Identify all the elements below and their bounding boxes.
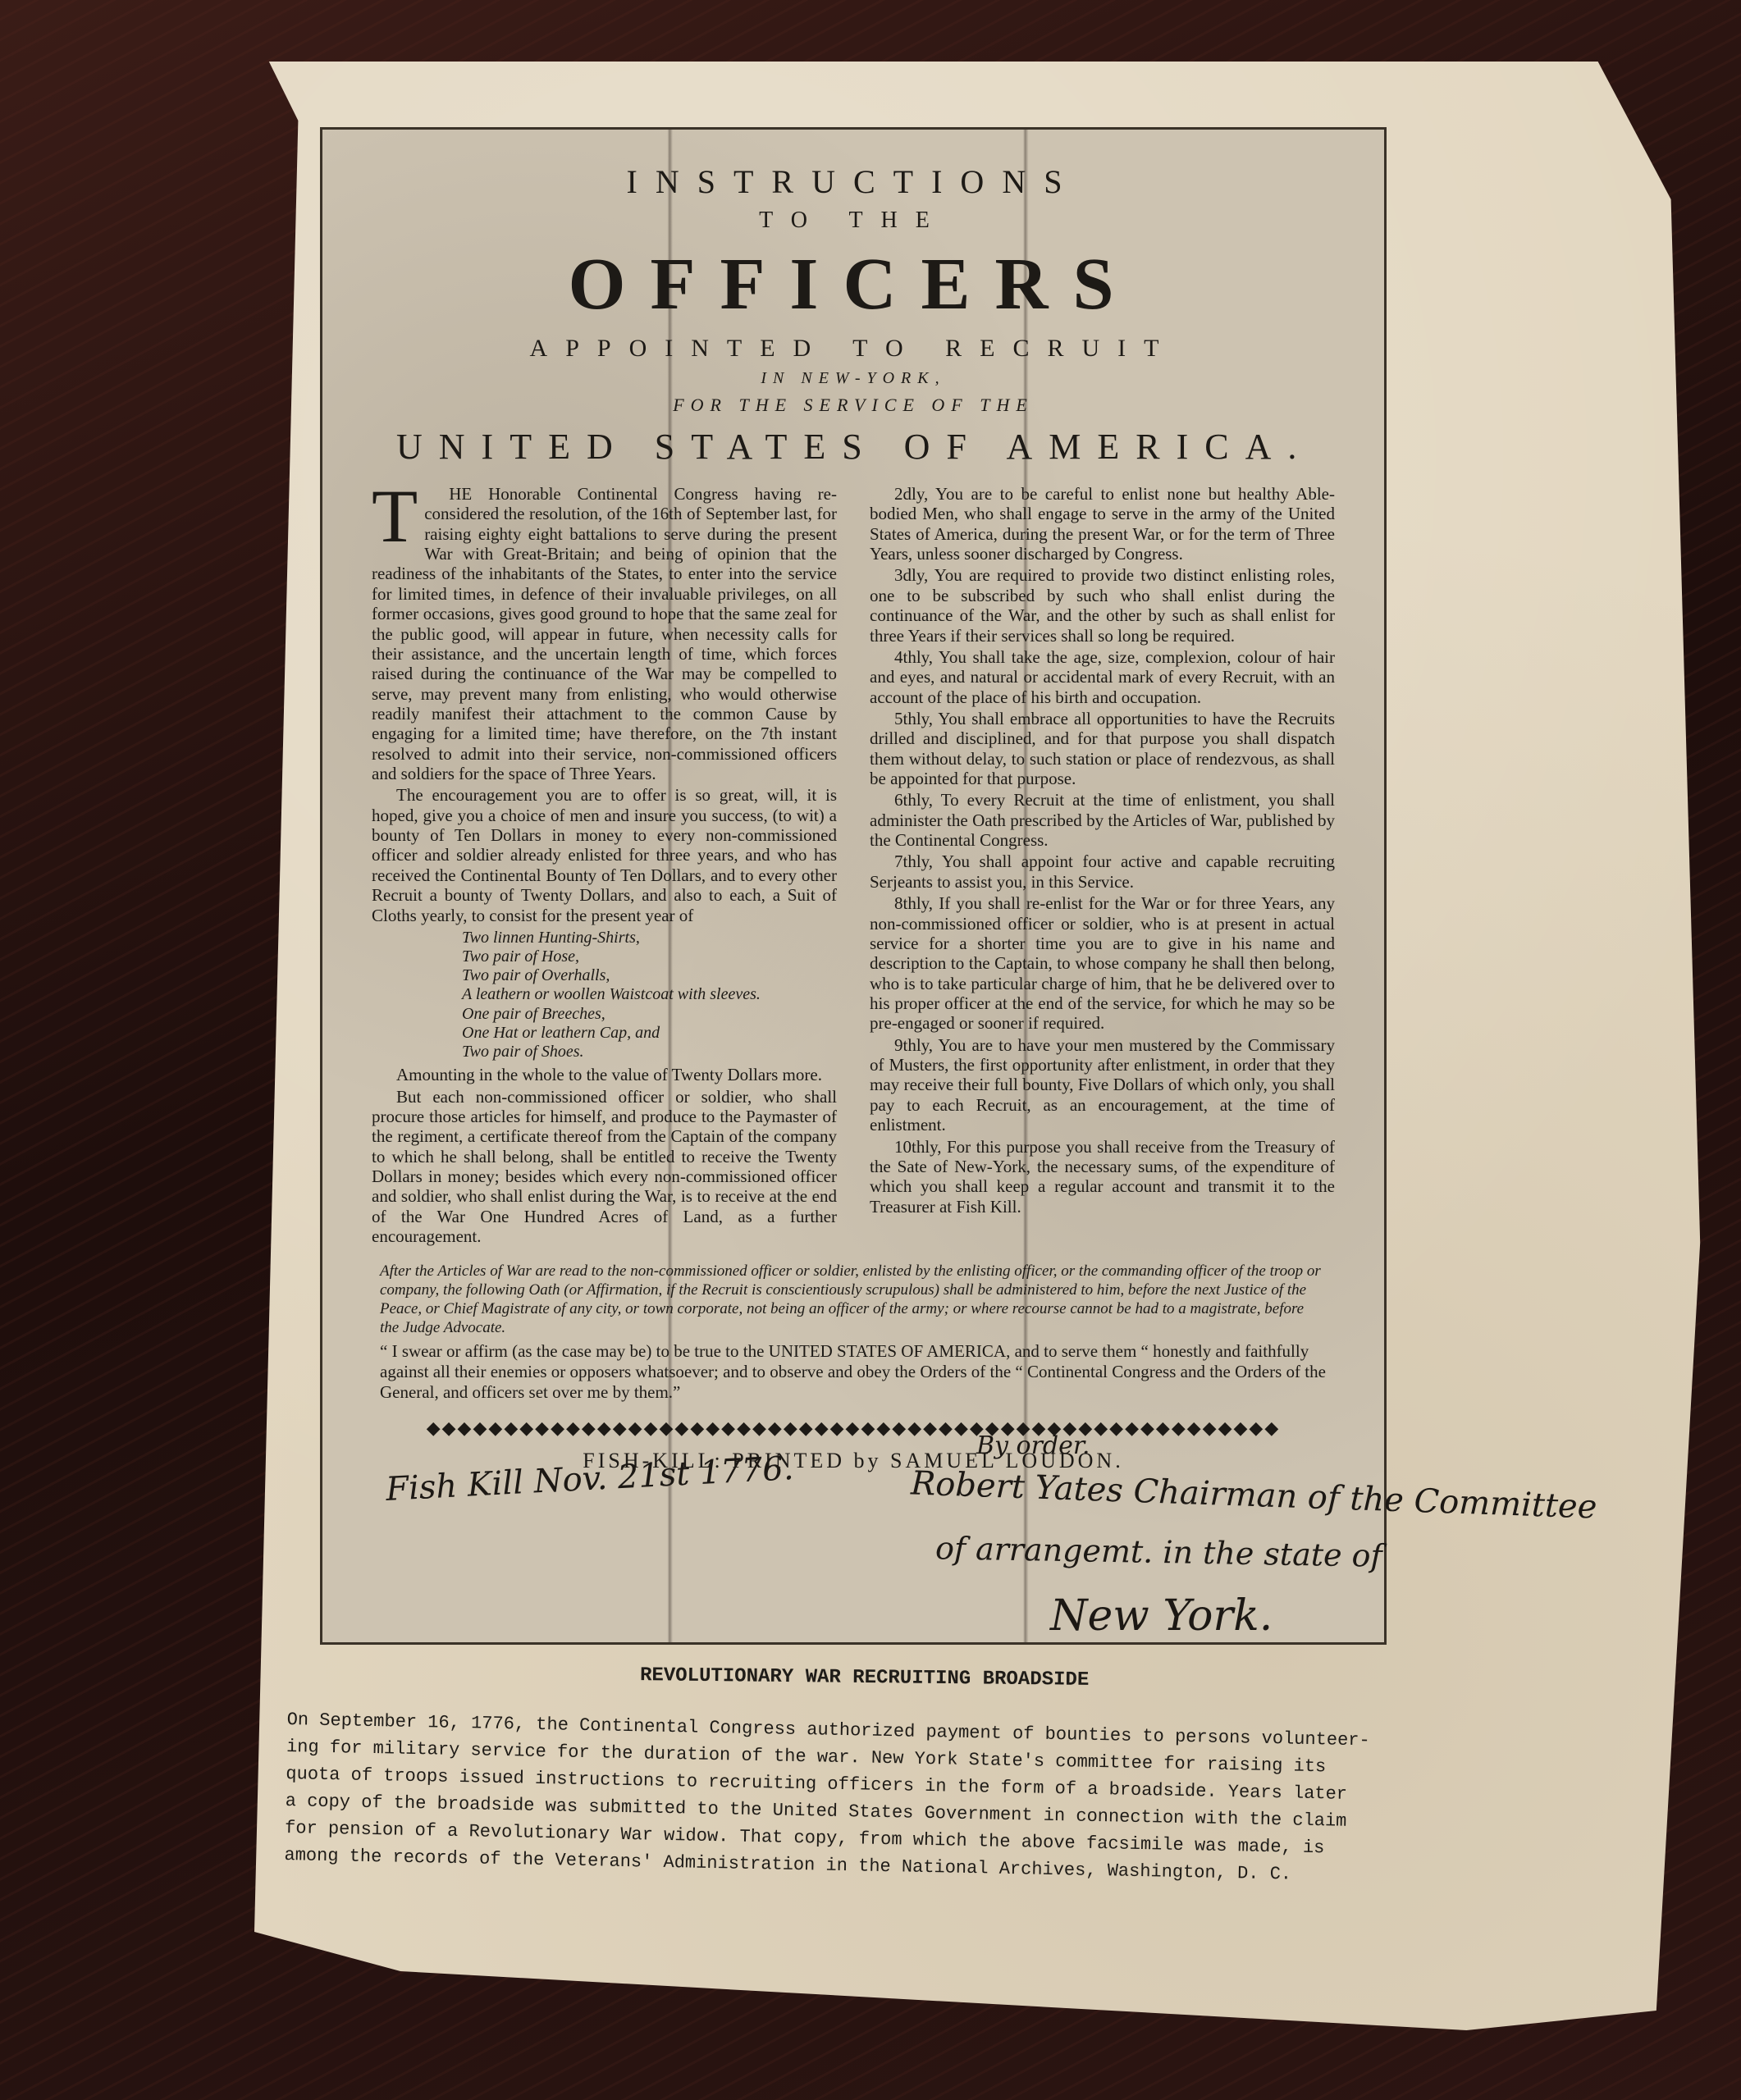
clothing-item: Two pair of Overhalls, — [462, 966, 837, 985]
clothing-item: One pair of Breeches, — [462, 1005, 837, 1024]
paragraph-amounting: Amounting in the whole to the value of T… — [372, 1065, 837, 1084]
paragraph-3dly: 3dly, You are required to provide two di… — [870, 565, 1335, 645]
clothing-item: Two pair of Shoes. — [462, 1043, 837, 1061]
clothing-item: Two linnen Hunting-Shirts, — [462, 929, 837, 947]
paragraph-10thly: 10thly, For this purpose you shall recei… — [870, 1137, 1335, 1217]
paragraph-2dly: 2dly, You are to be careful to enlist no… — [870, 484, 1335, 564]
clothing-item: Two pair of Hose, — [462, 947, 837, 966]
paragraph-7thly: 7thly, You shall appoint four active and… — [870, 851, 1335, 892]
drop-cap: T — [372, 484, 418, 548]
right-column: 2dly, You are to be careful to enlist no… — [870, 484, 1335, 1248]
clothing-item: One Hat or leathern Cap, and — [462, 1024, 837, 1043]
paragraph-encouragement: The encouragement you are to offer is so… — [372, 785, 837, 925]
caption-title: REVOLUTIONARY WAR RECRUITING BROADSIDE — [640, 1664, 1090, 1691]
header-to-the: TO THE — [372, 208, 1335, 234]
header-appointed: APPOINTED TO RECRUIT — [372, 335, 1335, 363]
broadside-facsimile: INSTRUCTIONS TO THE OFFICERS APPOINTED T… — [320, 127, 1387, 1645]
paragraph-4thly: 4thly, You shall take the age, size, com… — [870, 647, 1335, 707]
left-column: THE Honorable Continental Congress havin… — [372, 484, 837, 1248]
paragraph-8thly: 8thly, If you shall re-enlist for the Wa… — [870, 893, 1335, 1034]
header-officers: OFFICERS — [372, 242, 1335, 326]
paragraph-5thly: 5thly, You shall embrace all opportuniti… — [870, 709, 1335, 788]
paragraph-1: HE Honorable Continental Congress having… — [372, 484, 837, 783]
clothing-list: Two linnen Hunting-Shirts, Two pair of H… — [372, 929, 837, 1061]
handwritten-new-york: New York. — [1050, 1591, 1273, 1641]
oath-instructions: After the Articles of War are read to th… — [372, 1262, 1335, 1337]
paragraph-but-each: But each non-commissioned officer or sol… — [372, 1087, 837, 1247]
header-for-the-service: FOR THE SERVICE OF THE — [372, 395, 1335, 416]
body-columns: THE Honorable Continental Congress havin… — [372, 484, 1335, 1248]
caption-body: On September 16, 1776, the Continental C… — [284, 1706, 1534, 1892]
paragraph-6thly: 6thly, To every Recruit at the time of e… — [870, 790, 1335, 850]
ornament-divider: ◆◆◆◆◆◆◆◆◆◆◆◆◆◆◆◆◆◆◆◆◆◆◆◆◆◆◆◆◆◆◆◆◆◆◆◆◆◆◆◆… — [372, 1417, 1335, 1439]
paragraph-9thly: 9thly, You are to have your men mustered… — [870, 1035, 1335, 1135]
oath-text: “ I swear or affirm (as the case may be)… — [372, 1341, 1335, 1404]
handwritten-by-order: By order. — [976, 1431, 1090, 1460]
header-in-new-york: IN NEW-YORK, — [372, 369, 1335, 388]
clothing-item: A leathern or woollen Waistcoat with sle… — [462, 985, 837, 1004]
header-instructions: INSTRUCTIONS — [372, 162, 1335, 201]
header-united-states: UNITED STATES OF AMERICA. — [372, 426, 1335, 468]
